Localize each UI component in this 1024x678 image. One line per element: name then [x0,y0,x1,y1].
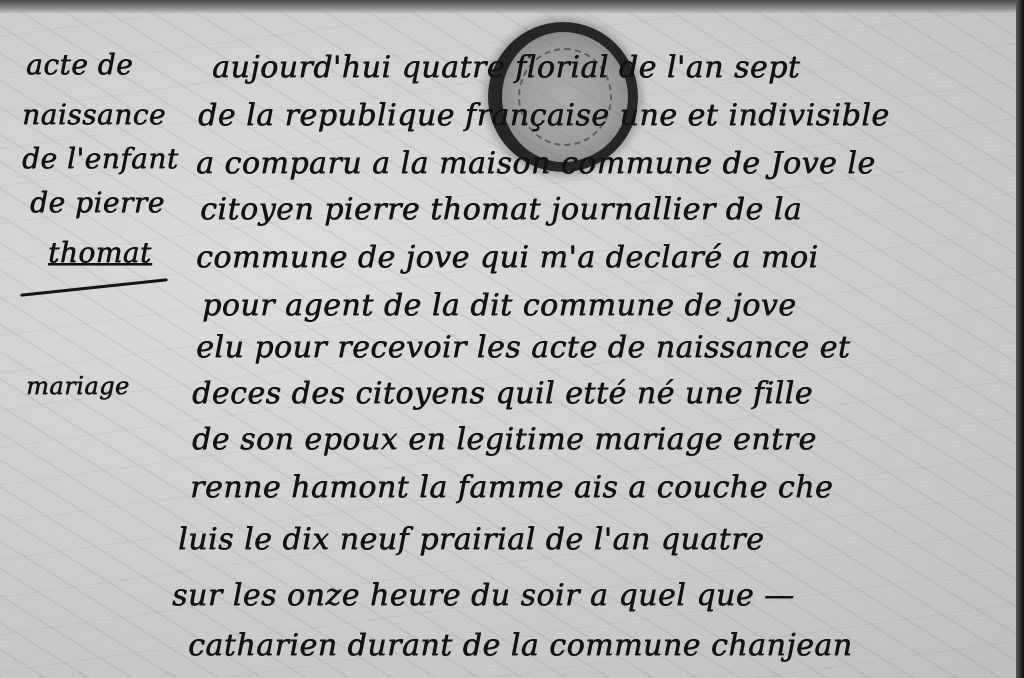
body-line: a comparu a la maison commune de Jove le [196,146,876,181]
body-line: elu pour recevoir les acte de naissance … [196,330,850,365]
body-line: pour agent de la dit commune de jove [202,288,796,323]
body-line: citoyen pierre thomat journallier de la [200,192,802,227]
margin-note: de pierre [30,186,165,219]
body-line: commune de jove qui m'a declaré a moi [196,240,818,275]
margin-note-name: thomat [48,236,152,269]
body-line: de son epoux en legitime mariage entre [192,422,817,457]
body-line: luis le dix neuf prairial de l'an quatre [178,522,764,557]
margin-note: mariage [26,372,130,400]
margin-rule [20,278,168,296]
manuscript-page: acte de naissance de l'enfant de pierre … [0,0,1024,678]
body-line: sur les onze heure du soir a quel que — [172,578,795,613]
body-line: catharien durant de la commune chanjean [188,628,852,663]
page-top-edge [0,0,1024,14]
page-right-edge [1016,0,1024,678]
body-line: aujourd'hui quatre florial de l'an sept [212,50,800,85]
body-line: de la republique française une et indivi… [198,98,890,133]
margin-note: acte de [26,48,133,81]
margin-note: naissance [22,98,166,131]
body-line: deces des citoyens quil etté né une fill… [192,376,813,411]
margin-note: de l'enfant [22,142,179,175]
body-line: renne hamont la famme ais a couche che [190,470,833,505]
